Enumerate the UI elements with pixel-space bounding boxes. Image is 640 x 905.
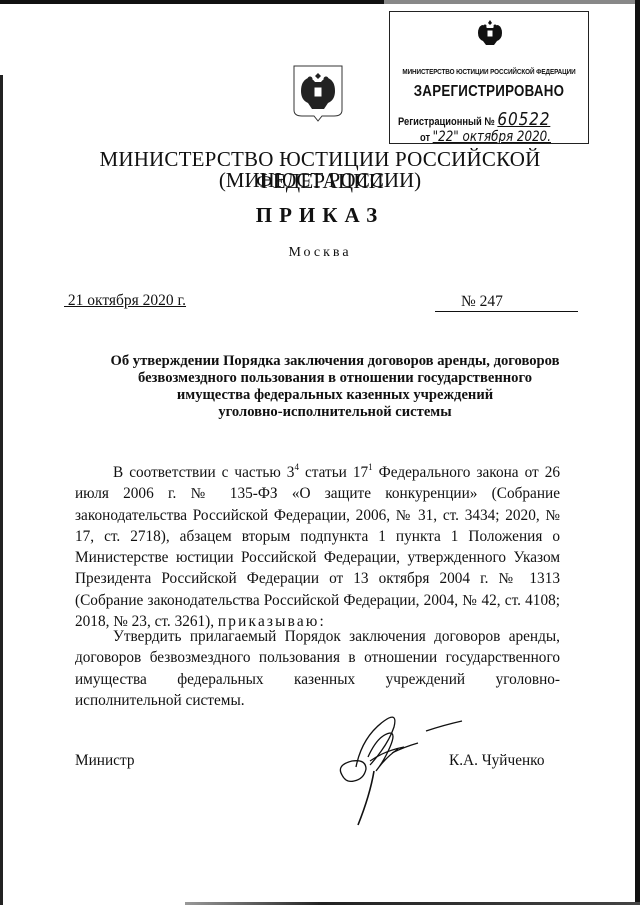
order-date: 21 октября 2020 г. [64,292,186,310]
stamp-status: ЗАРЕГИСТРИРОВАНО [404,83,574,101]
preamble-text: В соответствии с частью 3 [113,464,294,481]
signatory-name: К.А. Чуйченко [449,752,544,770]
document-type: ПРИКАЗ [60,203,580,228]
preamble-text: статьи 17 [299,464,368,481]
order-number: № 247 [435,292,578,312]
resolution-paragraph: Утвердить прилагаемый Порядок заключения… [75,626,560,711]
scan-edge-top [0,0,640,4]
subject-line: имущества федеральных казенных учреждени… [70,387,600,404]
stamp-number-label: Регистрационный № [398,116,495,128]
stamp-ministry-name: МИНИСТЕРСТВО ЮСТИЦИИ РОССИЙСКОЙ ФЕДЕРАЦИ… [402,67,576,76]
preamble-paragraph: В соответствии с частью 34 статьи 171 Фе… [75,457,560,632]
stamp-date-value: "22" октября 2020. [433,129,551,145]
stamp-registration-number: Регистрационный № 60522 [398,109,550,130]
preamble-text: Федерального закона от 26 июля 2006 г. №… [75,464,560,630]
signatory-role: Министр [75,752,134,770]
order-subject: Об утверждении Порядка заключения догово… [70,353,600,421]
stamp-number-value: 60522 [497,109,550,130]
subject-line: Об утверждении Порядка заключения догово… [70,353,600,370]
eagle-emblem-icon [474,17,506,49]
scan-edge-right [635,0,640,905]
stamp-registration-date: от "22" октября 2020. [420,129,551,145]
ministry-short-name: (МИНЮСТ РОССИИ) [60,169,580,191]
registration-stamp: МИНИСТЕРСТВО ЮСТИЦИИ РОССИЙСКОЙ ФЕДЕРАЦИ… [389,11,589,144]
coat-of-arms-icon [291,63,345,123]
scan-edge-left [0,75,3,905]
subject-line: уголовно-исполнительной системы [70,404,600,421]
stamp-date-label: от [420,132,430,144]
subject-line: безвозмездного пользования в отношении г… [70,370,600,387]
city: Москва [60,245,580,261]
